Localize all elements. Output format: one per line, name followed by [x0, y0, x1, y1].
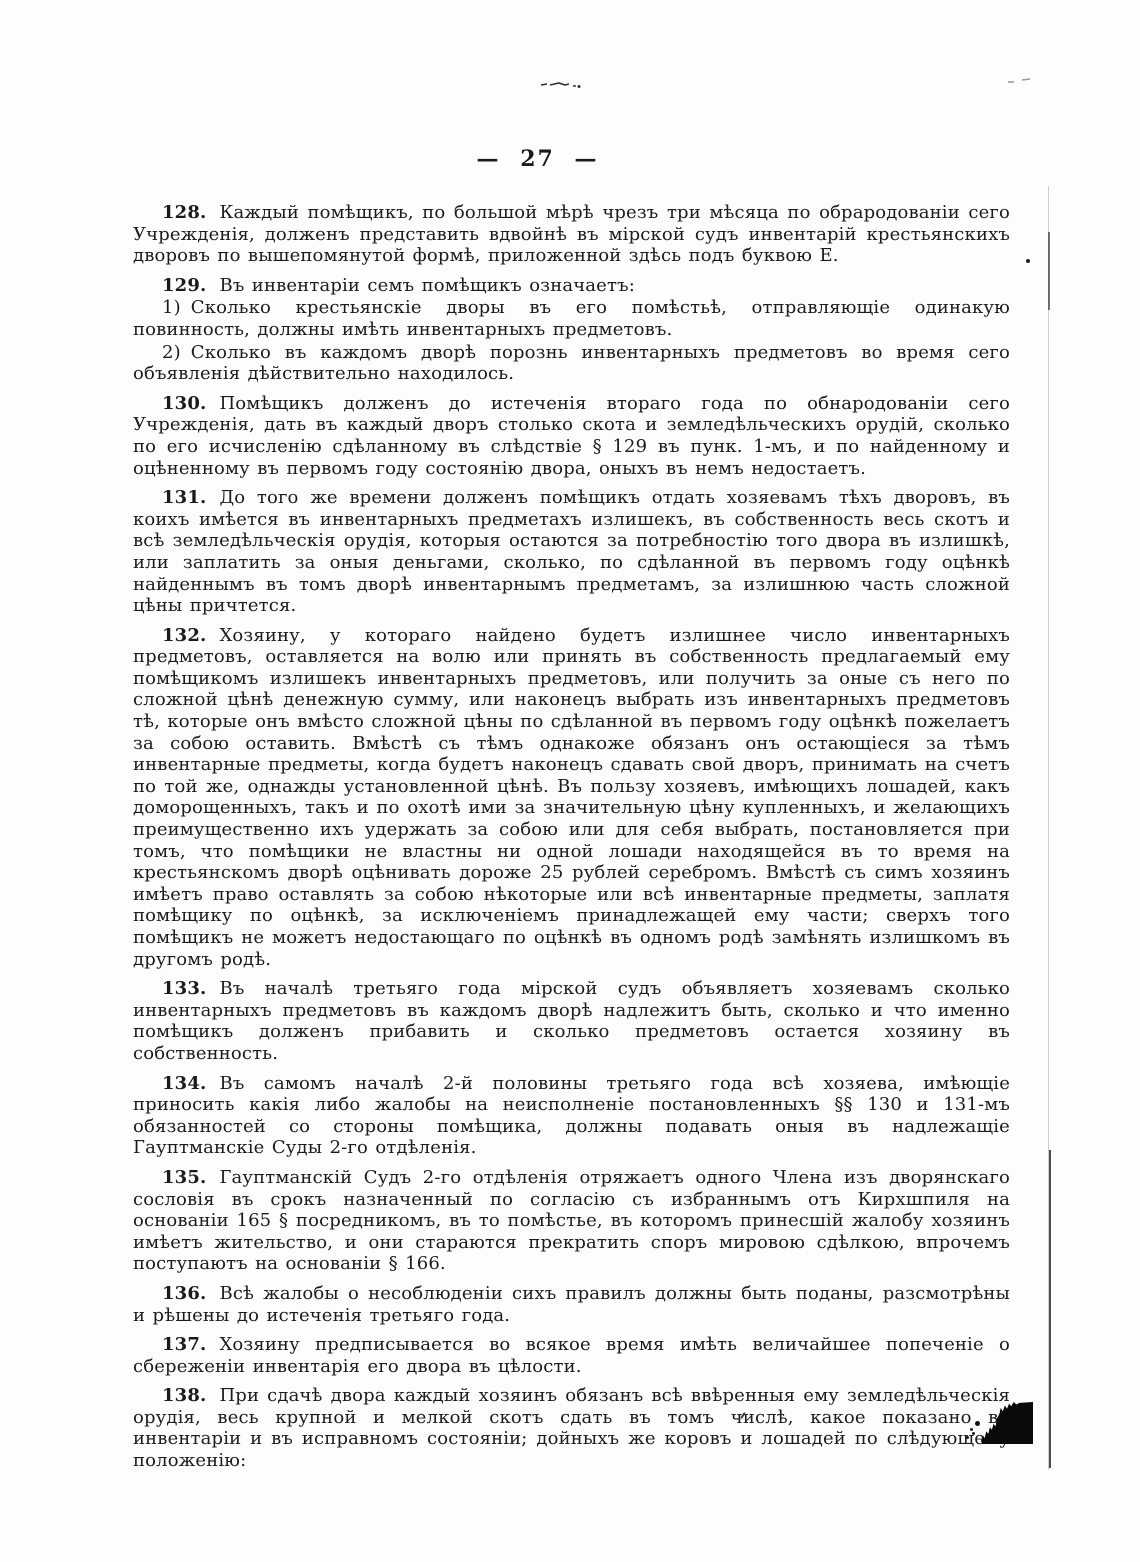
- paragraph-number: 132.: [162, 625, 206, 646]
- paragraph-133: 133.Въ началѣ третьяго года мірской судъ…: [133, 978, 1010, 1064]
- paragraph-number: 130.: [162, 393, 206, 414]
- paragraph-text: Всѣ жалобы о несоблюденіи сихъ правилъ д…: [133, 1283, 1010, 1326]
- document-body: 128.Каждый помѣщикъ, по большой мѣрѣ чре…: [133, 202, 1010, 1472]
- list-item-number: 2): [162, 342, 181, 363]
- list-item-2: 2)Сколько въ каждомъ дворѣ порознь инвен…: [133, 342, 1010, 385]
- scan-artifact-page-edge-line: [1048, 186, 1049, 1470]
- paragraph-number: 137.: [162, 1334, 206, 1355]
- paragraph-text: Хозяину предписывается во всякое время и…: [133, 1334, 1010, 1377]
- paragraph-text: До того же времени долженъ помѣщикъ отда…: [133, 487, 1010, 616]
- paragraph-number: 134.: [162, 1073, 206, 1094]
- paragraph-text: Въ самомъ началѣ 2-й половины третьяго г…: [133, 1073, 1010, 1159]
- scan-artifact-page-edge-line-dark-upper: [1048, 232, 1050, 310]
- list-item-text: Сколько въ каждомъ дворѣ порознь инвента…: [133, 342, 1010, 385]
- paragraph-138: 138.При сдачѣ двора каждый хозяинъ обяза…: [133, 1385, 1010, 1471]
- paragraph-number: 136.: [162, 1283, 206, 1304]
- paragraph-130: 130.Помѣщикъ долженъ до истеченія втораг…: [133, 393, 1010, 479]
- scanned-document-page: — 27 — 128.Каждый помѣщикъ, по большой м…: [0, 0, 1140, 1562]
- paragraph-text: При сдачѣ двора каждый хозяинъ обязанъ в…: [133, 1385, 1010, 1471]
- paragraph-number: 138.: [162, 1385, 206, 1406]
- list-item-text: Сколько крестьянскіе дворы въ его помѣст…: [133, 297, 1010, 340]
- paragraph-text: Каждый помѣщикъ, по большой мѣрѣ чрезъ т…: [133, 202, 1010, 266]
- paragraph-text: Гауптманскій Судъ 2-го отдѣленія отряжае…: [133, 1167, 1010, 1274]
- paragraph-number: 135.: [162, 1167, 206, 1188]
- paragraph-text: Въ началѣ третьяго года мірской судъ объ…: [133, 978, 1010, 1064]
- paragraph-text: Хозяину, у котораго найдено будетъ излиш…: [133, 625, 1010, 970]
- scan-artifact-edge-marks: [1006, 76, 1048, 86]
- paragraph-135: 135.Гауптманскій Судъ 2-го отдѣленія отр…: [133, 1167, 1010, 1275]
- paragraph-number: 128.: [162, 202, 206, 223]
- paragraph-number: 131.: [162, 487, 206, 508]
- paragraph-number: 133.: [162, 978, 206, 999]
- paragraph-number: 129.: [162, 275, 206, 296]
- page-number-header: — 27 —: [99, 146, 976, 172]
- text-column: — 27 — 128.Каждый помѣщикъ, по большой м…: [133, 0, 1010, 1472]
- scan-artifact-page-edge-line-dark-lower: [1049, 1150, 1051, 1468]
- paragraph-134: 134.Въ самомъ началѣ 2-й половины третья…: [133, 1073, 1010, 1159]
- paragraph-text: Въ инвентаріи семъ помѣщикъ означаетъ:: [219, 275, 634, 296]
- list-item-1: 1)Сколько крестьянскіе дворы въ его помѣ…: [133, 297, 1010, 340]
- paragraph-131: 131.До того же времени долженъ помѣщикъ …: [133, 487, 1010, 617]
- paragraph-128: 128.Каждый помѣщикъ, по большой мѣрѣ чре…: [133, 202, 1010, 267]
- list-item-number: 1): [162, 297, 181, 318]
- paragraph-136: 136.Всѣ жалобы о несоблюденіи сихъ прави…: [133, 1283, 1010, 1326]
- paragraph-137: 137.Хозяину предписывается во всякое вре…: [133, 1334, 1010, 1377]
- paragraph-129: 129.Въ инвентаріи семъ помѣщикъ означает…: [133, 275, 1010, 297]
- paragraph-132: 132.Хозяину, у котораго найдено будетъ и…: [133, 625, 1010, 971]
- scan-artifact-dot: [1026, 259, 1030, 263]
- paragraph-text: Помѣщикъ долженъ до истеченія втораго го…: [133, 393, 1010, 479]
